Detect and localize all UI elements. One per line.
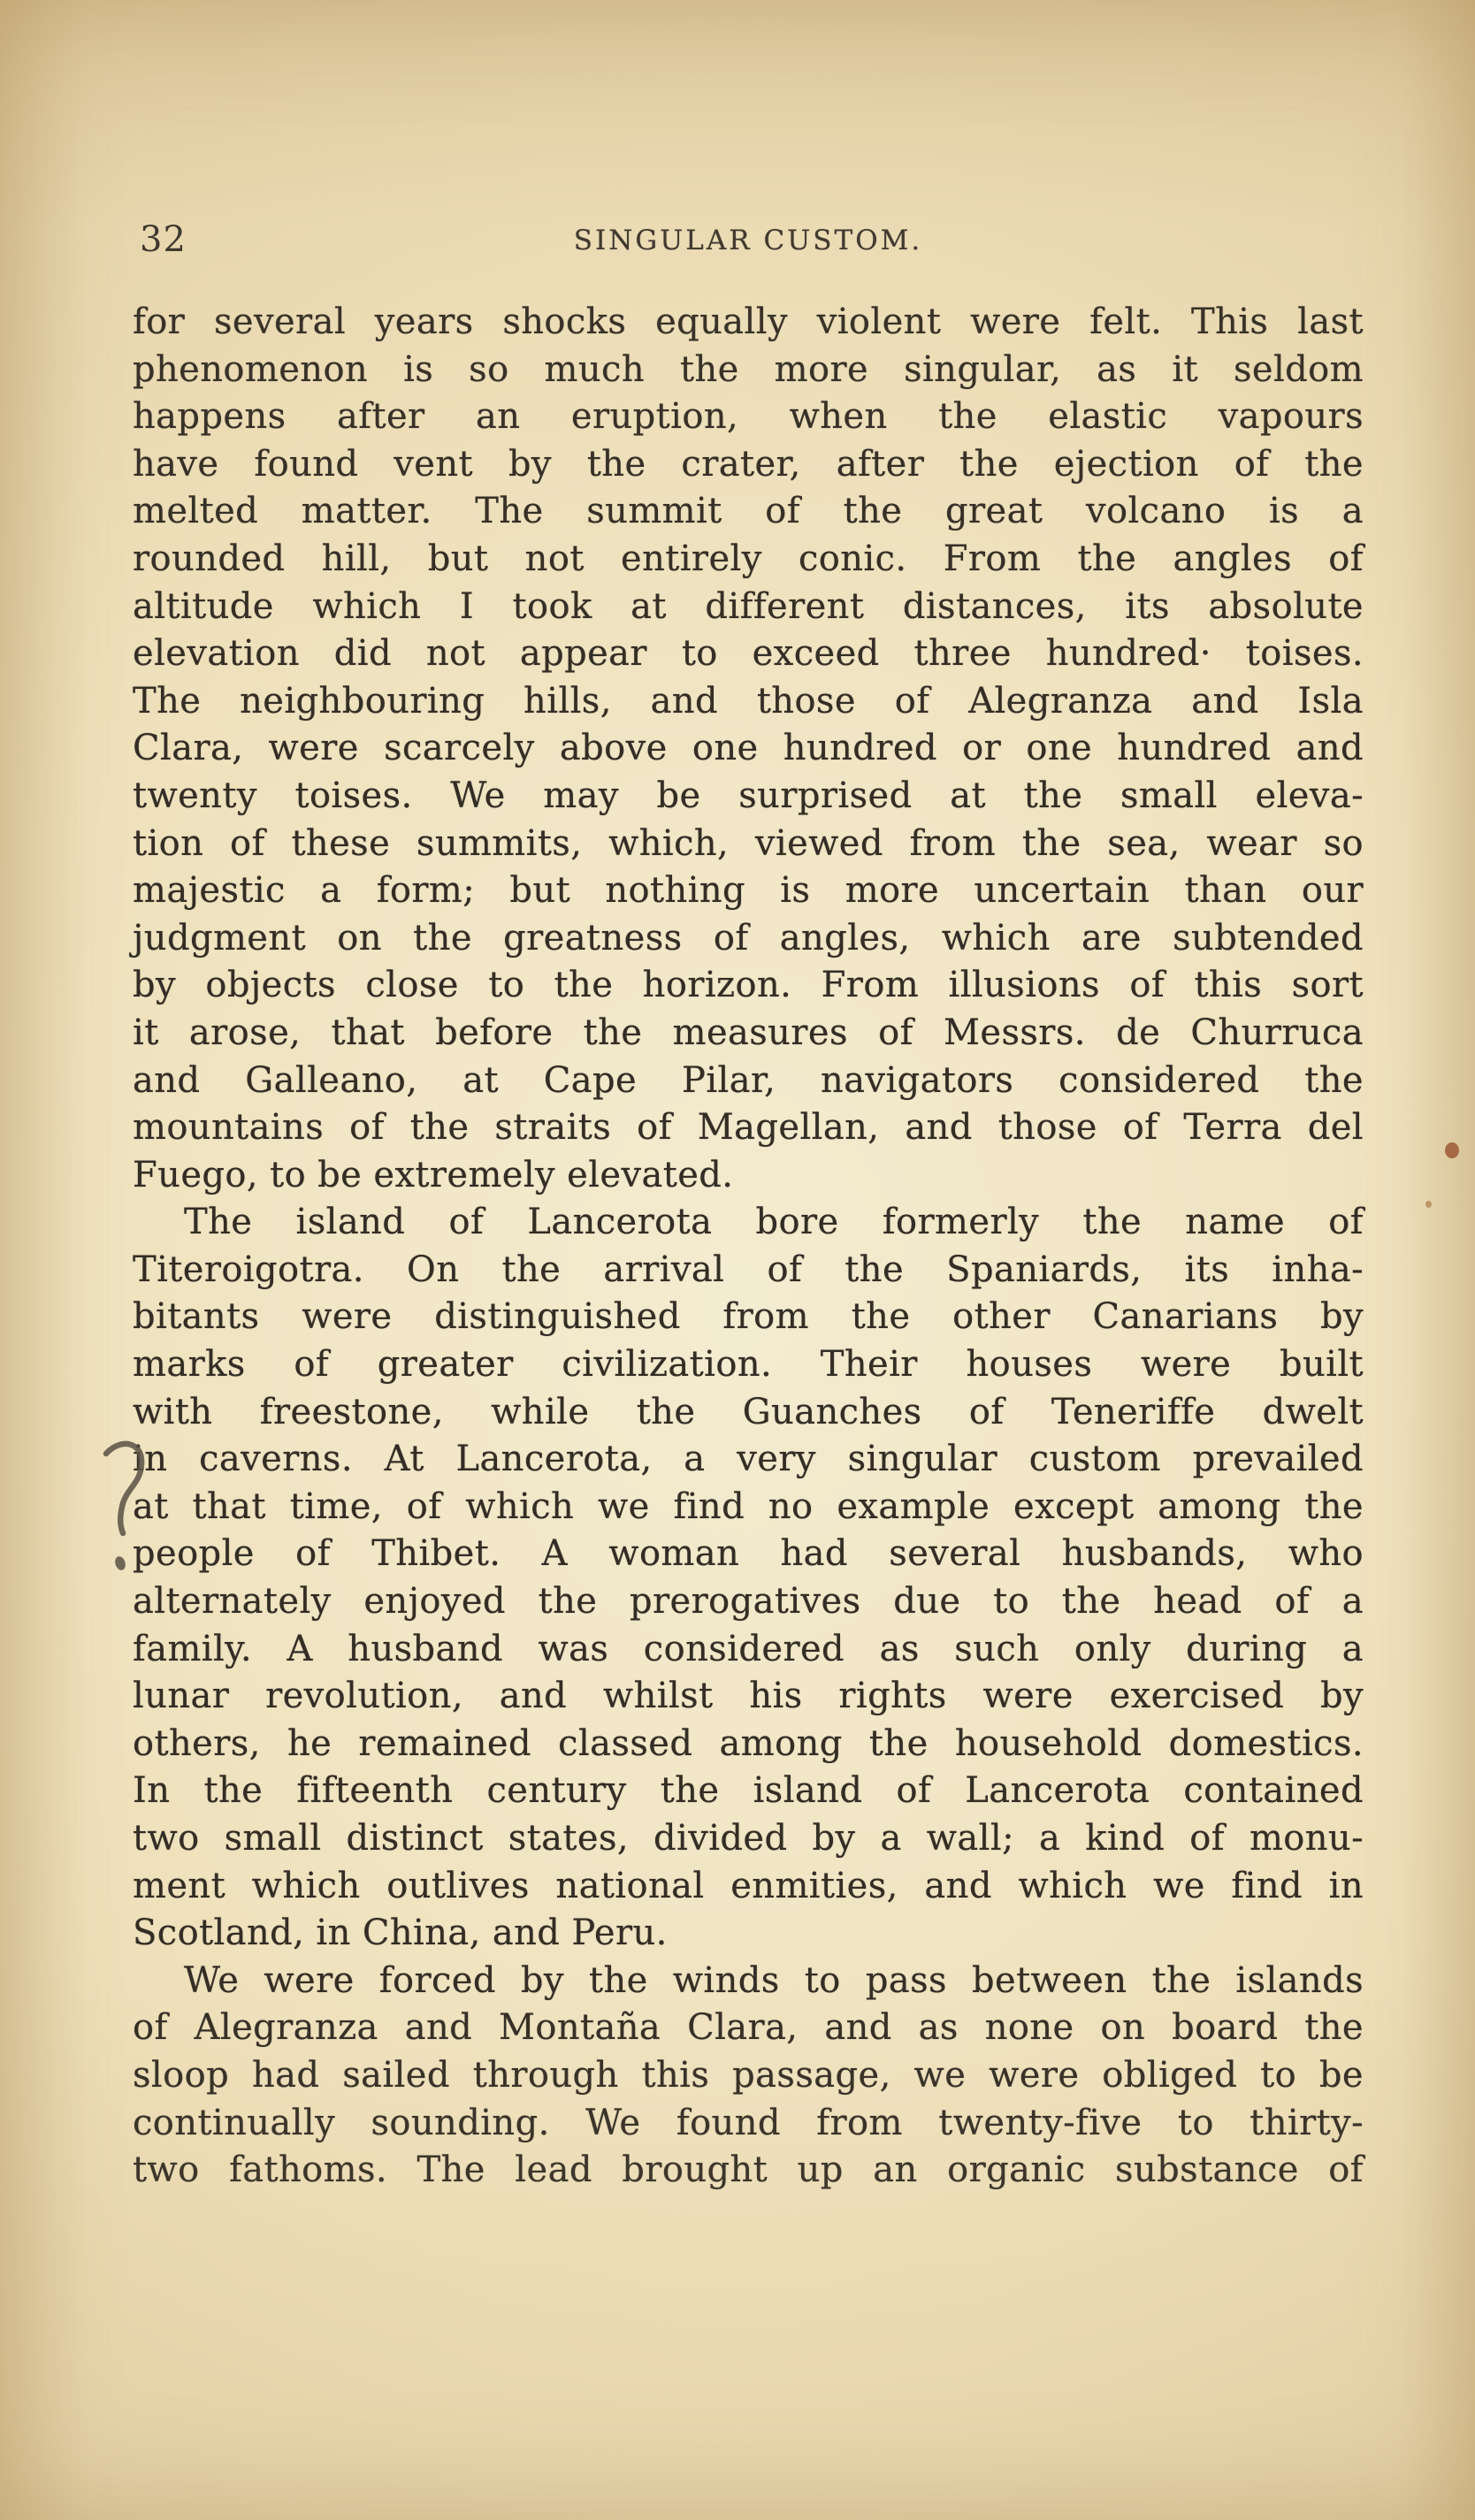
text-line: and Galleano, at Cape Pilar, navigators …: [133, 1058, 1364, 1105]
text-line: by objects close to the horizon. From il…: [133, 962, 1364, 1010]
text-line: people of Thibet. A woman had several hu…: [133, 1531, 1364, 1578]
text-line: have found vent by the crater, after the…: [133, 441, 1364, 489]
pencil-question-mark-annotation: [94, 1434, 156, 1593]
text-line: twenty toises. We may be surprised at th…: [133, 773, 1364, 821]
text-line: alternately enjoyed the prerogatives due…: [133, 1578, 1364, 1626]
text-line: happens after an eruption, when the elas…: [133, 393, 1364, 441]
text-line: at that time, of which we find no exampl…: [133, 1484, 1364, 1531]
text-line: mountains of the straits of Magellan, an…: [133, 1104, 1364, 1152]
text-line: rounded hill, but not entirely conic. Fr…: [133, 536, 1364, 584]
text-line: lunar revolution, and whilst his rights …: [133, 1673, 1364, 1721]
text-line: judgment on the greatness of angles, whi…: [133, 915, 1364, 963]
text-line: The neighbouring hills, and those of Ale…: [133, 678, 1364, 726]
text-line: family. A husband was considered as such…: [133, 1626, 1364, 1674]
text-line: bitants were distinguished from the othe…: [133, 1294, 1364, 1341]
text-line: altitude which I took at different dista…: [133, 584, 1364, 631]
text-line: We were forced by the winds to pass betw…: [133, 1958, 1364, 2005]
text-line: tion of these summits, which, viewed fro…: [133, 821, 1364, 868]
scanned-book-page: 32 SINGULAR CUSTOM. for several years sh…: [0, 0, 1475, 2520]
text-line: majestic a form; but nothing is more unc…: [133, 867, 1364, 915]
text-line: it arose, that before the measures of Me…: [133, 1010, 1364, 1058]
text-line: with freestone, while the Guanches of Te…: [133, 1389, 1364, 1437]
text-line: melted matter. The summit of the great v…: [133, 488, 1364, 536]
running-header: 32 SINGULAR CUSTOM.: [133, 218, 1364, 262]
text-line: two small distinct states, divided by a …: [133, 1815, 1364, 1863]
text-line: Titeroigotra. On the arrival of the Span…: [133, 1247, 1364, 1294]
text-line: for several years shocks equally violent…: [133, 299, 1364, 347]
text-line: Fuego, to be extremely elevated.: [133, 1152, 1364, 1200]
text-line: Scotland, in China, and Peru.: [133, 1910, 1364, 1958]
foxing-spot: [1445, 1142, 1459, 1158]
text-line: continually sounding. We found from twen…: [133, 2100, 1364, 2148]
foxing-spot: [1425, 1201, 1432, 1208]
text-line: of Alegranza and Montaña Clara, and as n…: [133, 2005, 1364, 2052]
text-line: in caverns. At Lancerota, a very singula…: [133, 1436, 1364, 1484]
text-line: In the fifteenth century the island of L…: [133, 1768, 1364, 1815]
text-line: The island of Lancerota bore formerly th…: [133, 1199, 1364, 1247]
text-line: others, he remained classed among the ho…: [133, 1721, 1364, 1768]
text-line: marks of greater civilization. Their hou…: [133, 1341, 1364, 1389]
text-line: Clara, were scarcely above one hundred o…: [133, 725, 1364, 773]
text-line: elevation did not appear to exceed three…: [133, 630, 1364, 678]
body-text: for several years shocks equally violent…: [133, 299, 1364, 2195]
text-line: ment which outlives national enmities, a…: [133, 1863, 1364, 1911]
text-line: sloop had sailed through this passage, w…: [133, 2052, 1364, 2100]
text-line: two fathoms. The lead brought up an orga…: [133, 2147, 1364, 2195]
text-line: phenomenon is so much the more singular,…: [133, 347, 1364, 394]
running-header-title: SINGULAR CUSTOM.: [133, 225, 1364, 256]
